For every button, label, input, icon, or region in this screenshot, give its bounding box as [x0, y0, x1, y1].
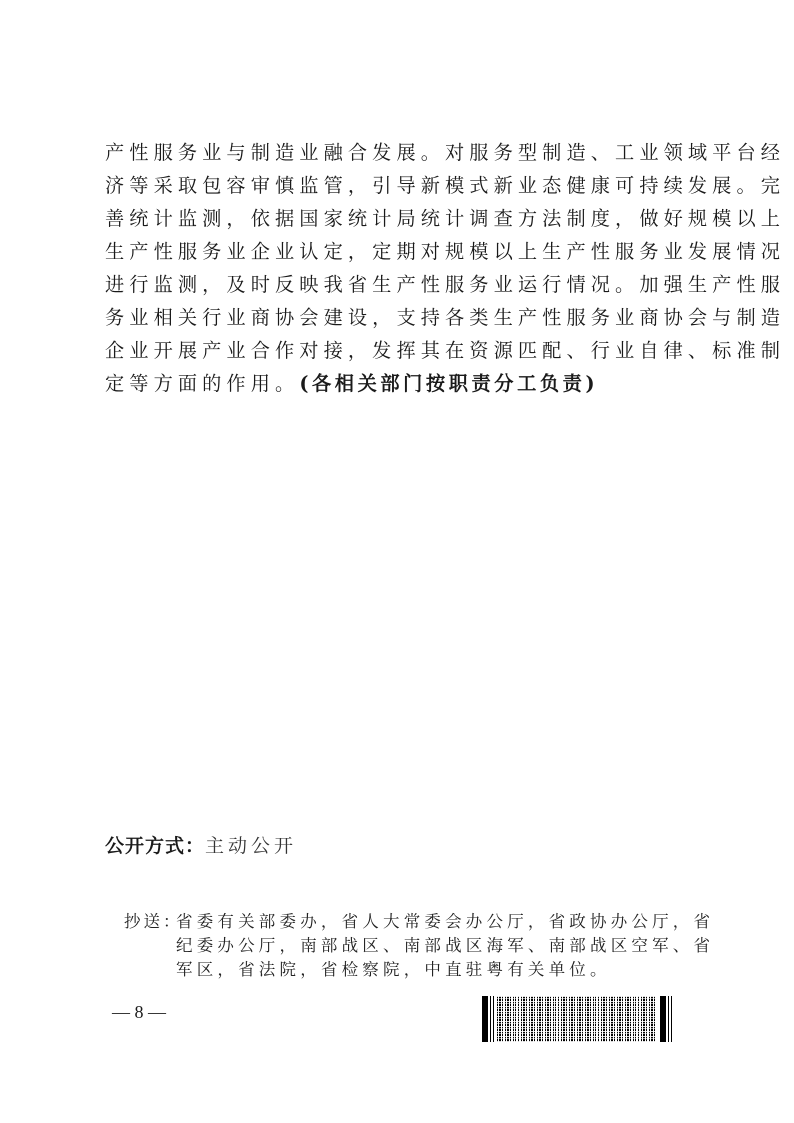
- body-line-text: 定等方面的作用。: [105, 372, 299, 395]
- body-line: 济等采取包容审慎监管，引导新模式新业态健康可持续发展。完: [105, 169, 693, 202]
- cc-label: 抄送：: [124, 910, 183, 934]
- cc-line: 军区，省法院，省检察院，中直驻粤有关单位。: [176, 958, 696, 982]
- responsibility-note: (各相关部门按职责分工负责): [299, 372, 598, 395]
- body-line: 务业相关行业商协会建设，支持各类生产性服务业商协会与制造: [105, 301, 693, 334]
- disclosure-method: 公开方式：主动公开: [105, 832, 297, 860]
- body-line: 企业开展产业合作对接，发挥其在资源匹配、行业自律、标准制: [105, 334, 693, 367]
- cc-line: 省委有关部委办，省人大常委会办公厅，省政协办公厅，省: [176, 910, 696, 934]
- body-line-last: 定等方面的作用。(各相关部门按职责分工负责): [105, 367, 693, 400]
- barcode-image: [482, 996, 672, 1042]
- body-line: 进行监测，及时反映我省生产性服务业运行情况。加强生产性服: [105, 268, 693, 301]
- barcode-data-pattern: [497, 996, 657, 1042]
- body-paragraph: 产性服务业与制造业融合发展。对服务型制造、工业领域平台经 济等采取包容审慎监管，…: [105, 136, 693, 400]
- disclosure-value: 主动公开: [205, 835, 297, 857]
- disclosure-label: 公开方式：: [105, 835, 205, 857]
- body-line: 善统计监测，依据国家统计局统计调查方法制度，做好规模以上: [105, 202, 693, 235]
- body-line: 生产性服务业企业认定，定期对规模以上生产性服务业发展情况: [105, 235, 693, 268]
- page-number: — 8 —: [112, 1000, 166, 1024]
- cc-line: 纪委办公厅，南部战区、南部战区海军、南部战区空军、省: [176, 934, 696, 958]
- body-line: 产性服务业与制造业融合发展。对服务型制造、工业领域平台经: [105, 136, 693, 169]
